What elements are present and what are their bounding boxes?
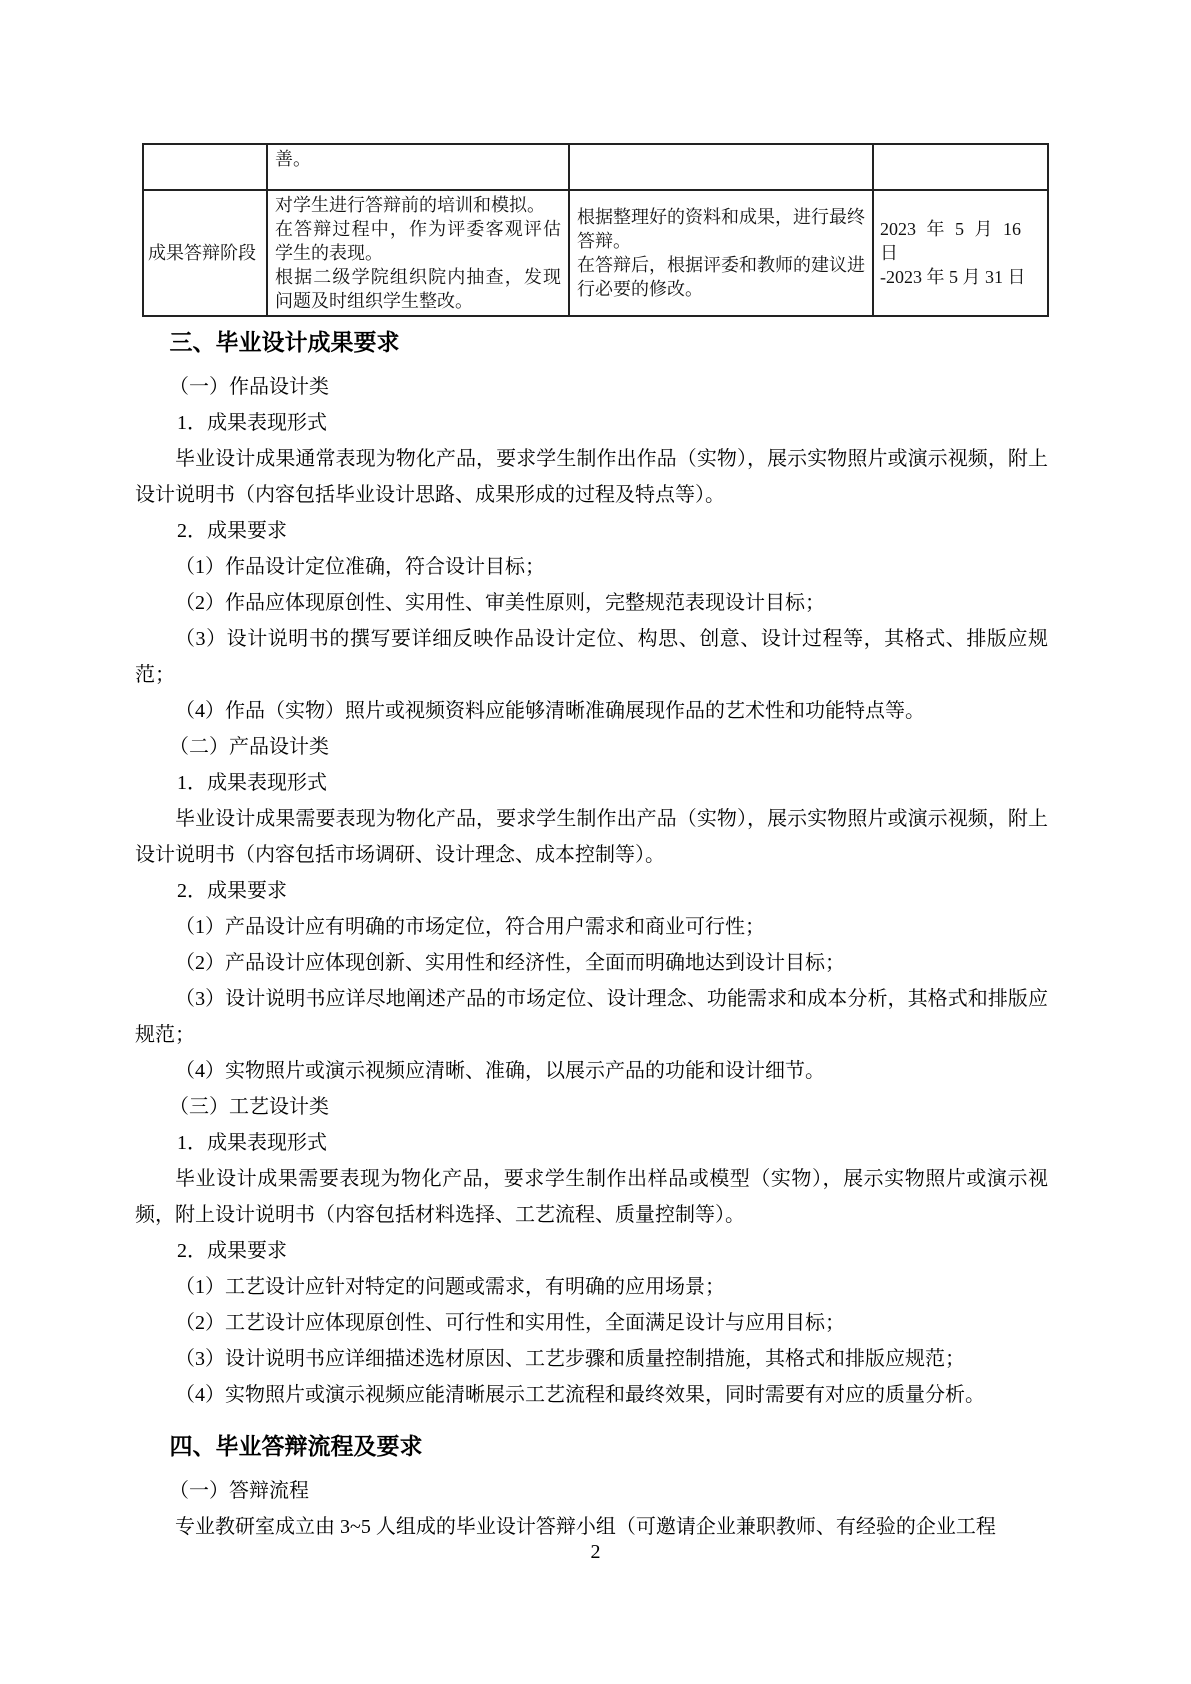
section-heading: 四、毕业答辩流程及要求: [135, 1426, 1048, 1466]
numbered-heading: 1．成果表现形式: [135, 405, 1048, 441]
table-row: 善。: [143, 144, 1048, 190]
cell-line: 2023 年 5 月 16 日: [880, 217, 1041, 265]
paragraph: 专业教研室成立由 3~5 人组成的毕业设计答辩小组（可邀请企业兼职教师、有经验的…: [135, 1509, 1048, 1545]
cell-line: 在答辩后，根据评委和教师的建议进行必要的修改。: [577, 253, 865, 301]
paragraph: 毕业设计成果需要表现为物化产品，要求学生制作出产品（实物），展示实物照片或演示视…: [135, 801, 1048, 873]
table-cell: 善。: [267, 144, 569, 190]
numbered-heading: 2．成果要求: [135, 513, 1048, 549]
paragraph: 毕业设计成果通常表现为物化产品，要求学生制作出作品（实物），展示实物照片或演示视…: [135, 441, 1048, 513]
document-page: 善。成果答辩阶段对学生进行答辩前的培训和模拟。在答辩过程中，作为评委客观评估学生…: [0, 0, 1191, 1684]
list-item: （4）实物照片或演示视频应清晰、准确，以展示产品的功能和设计细节。: [135, 1053, 1048, 1089]
cell-line: 成果答辩阶段: [148, 241, 262, 265]
numbered-heading: 2．成果要求: [135, 873, 1048, 909]
cell-line: -2023 年 5 月 31 日: [880, 265, 1041, 289]
cell-line: 善。: [275, 147, 561, 171]
cell-line: 根据二级学院组织院内抽查，发现问题及时组织学生整改。: [275, 265, 561, 313]
table-cell: 根据整理好的资料和成果，进行最终答辩。在答辩后，根据评委和教师的建议进行必要的修…: [569, 190, 873, 316]
page-number: 2: [0, 1541, 1191, 1564]
table-cell: [569, 144, 873, 190]
cell-line: 在答辩过程中，作为评委客观评估学生的表现。: [275, 217, 561, 265]
subsection-heading: （三）工艺设计类: [135, 1089, 1048, 1125]
table-cell: [143, 144, 267, 190]
numbered-heading: 1．成果表现形式: [135, 765, 1048, 801]
section-heading: 三、毕业设计成果要求: [135, 322, 1048, 362]
list-item: （1）产品设计应有明确的市场定位，符合用户需求和商业可行性；: [135, 909, 1048, 945]
numbered-heading: 1．成果表现形式: [135, 1125, 1048, 1161]
defense-stage-table: 善。成果答辩阶段对学生进行答辩前的培训和模拟。在答辩过程中，作为评委客观评估学生…: [142, 143, 1049, 317]
list-item: （4）作品（实物）照片或视频资料应能够清晰准确展现作品的艺术性和功能特点等。: [135, 693, 1048, 729]
cell-line: 对学生进行答辩前的培训和模拟。: [275, 193, 561, 217]
list-item: （2）工艺设计应体现原创性、可行性和实用性，全面满足设计与应用目标；: [135, 1305, 1048, 1341]
cell-line: 根据整理好的资料和成果，进行最终答辩。: [577, 205, 865, 253]
numbered-heading: 2．成果要求: [135, 1233, 1048, 1269]
list-item: （3）设计说明书应详尽地阐述产品的市场定位、设计理念、功能需求和成本分析，其格式…: [135, 981, 1048, 1053]
table-row: 成果答辩阶段对学生进行答辩前的培训和模拟。在答辩过程中，作为评委客观评估学生的表…: [143, 190, 1048, 316]
table-cell: 2023 年 5 月 16 日-2023 年 5 月 31 日: [873, 190, 1048, 316]
list-item: （4）实物照片或演示视频应能清晰展示工艺流程和最终效果，同时需要有对应的质量分析…: [135, 1377, 1048, 1413]
table-cell: 对学生进行答辩前的培训和模拟。在答辩过程中，作为评委客观评估学生的表现。根据二级…: [267, 190, 569, 316]
table-body: 善。成果答辩阶段对学生进行答辩前的培训和模拟。在答辩过程中，作为评委客观评估学生…: [143, 144, 1048, 316]
list-item: （2）产品设计应体现创新、实用性和经济性，全面而明确地达到设计目标；: [135, 945, 1048, 981]
subsection-heading: （二）产品设计类: [135, 729, 1048, 765]
subsection-heading: （一）作品设计类: [135, 369, 1048, 405]
list-item: （1）作品设计定位准确，符合设计目标；: [135, 549, 1048, 585]
table-cell: [873, 144, 1048, 190]
list-item: （1）工艺设计应针对特定的问题或需求，有明确的应用场景；: [135, 1269, 1048, 1305]
list-item: （2）作品应体现原创性、实用性、审美性原则，完整规范表现设计目标；: [135, 585, 1048, 621]
paragraph: 毕业设计成果需要表现为物化产品，要求学生制作出样品或模型（实物），展示实物照片或…: [135, 1161, 1048, 1233]
document-body: 三、毕业设计成果要求（一）作品设计类1．成果表现形式毕业设计成果通常表现为物化产…: [135, 309, 1048, 1545]
list-item: （3）设计说明书的撰写要详细反映作品设计定位、构思、创意、设计过程等，其格式、排…: [135, 621, 1048, 693]
table-cell: 成果答辩阶段: [143, 190, 267, 316]
subsection-heading: （一）答辩流程: [135, 1473, 1048, 1509]
list-item: （3）设计说明书应详细描述选材原因、工艺步骤和质量控制措施，其格式和排版应规范；: [135, 1341, 1048, 1377]
